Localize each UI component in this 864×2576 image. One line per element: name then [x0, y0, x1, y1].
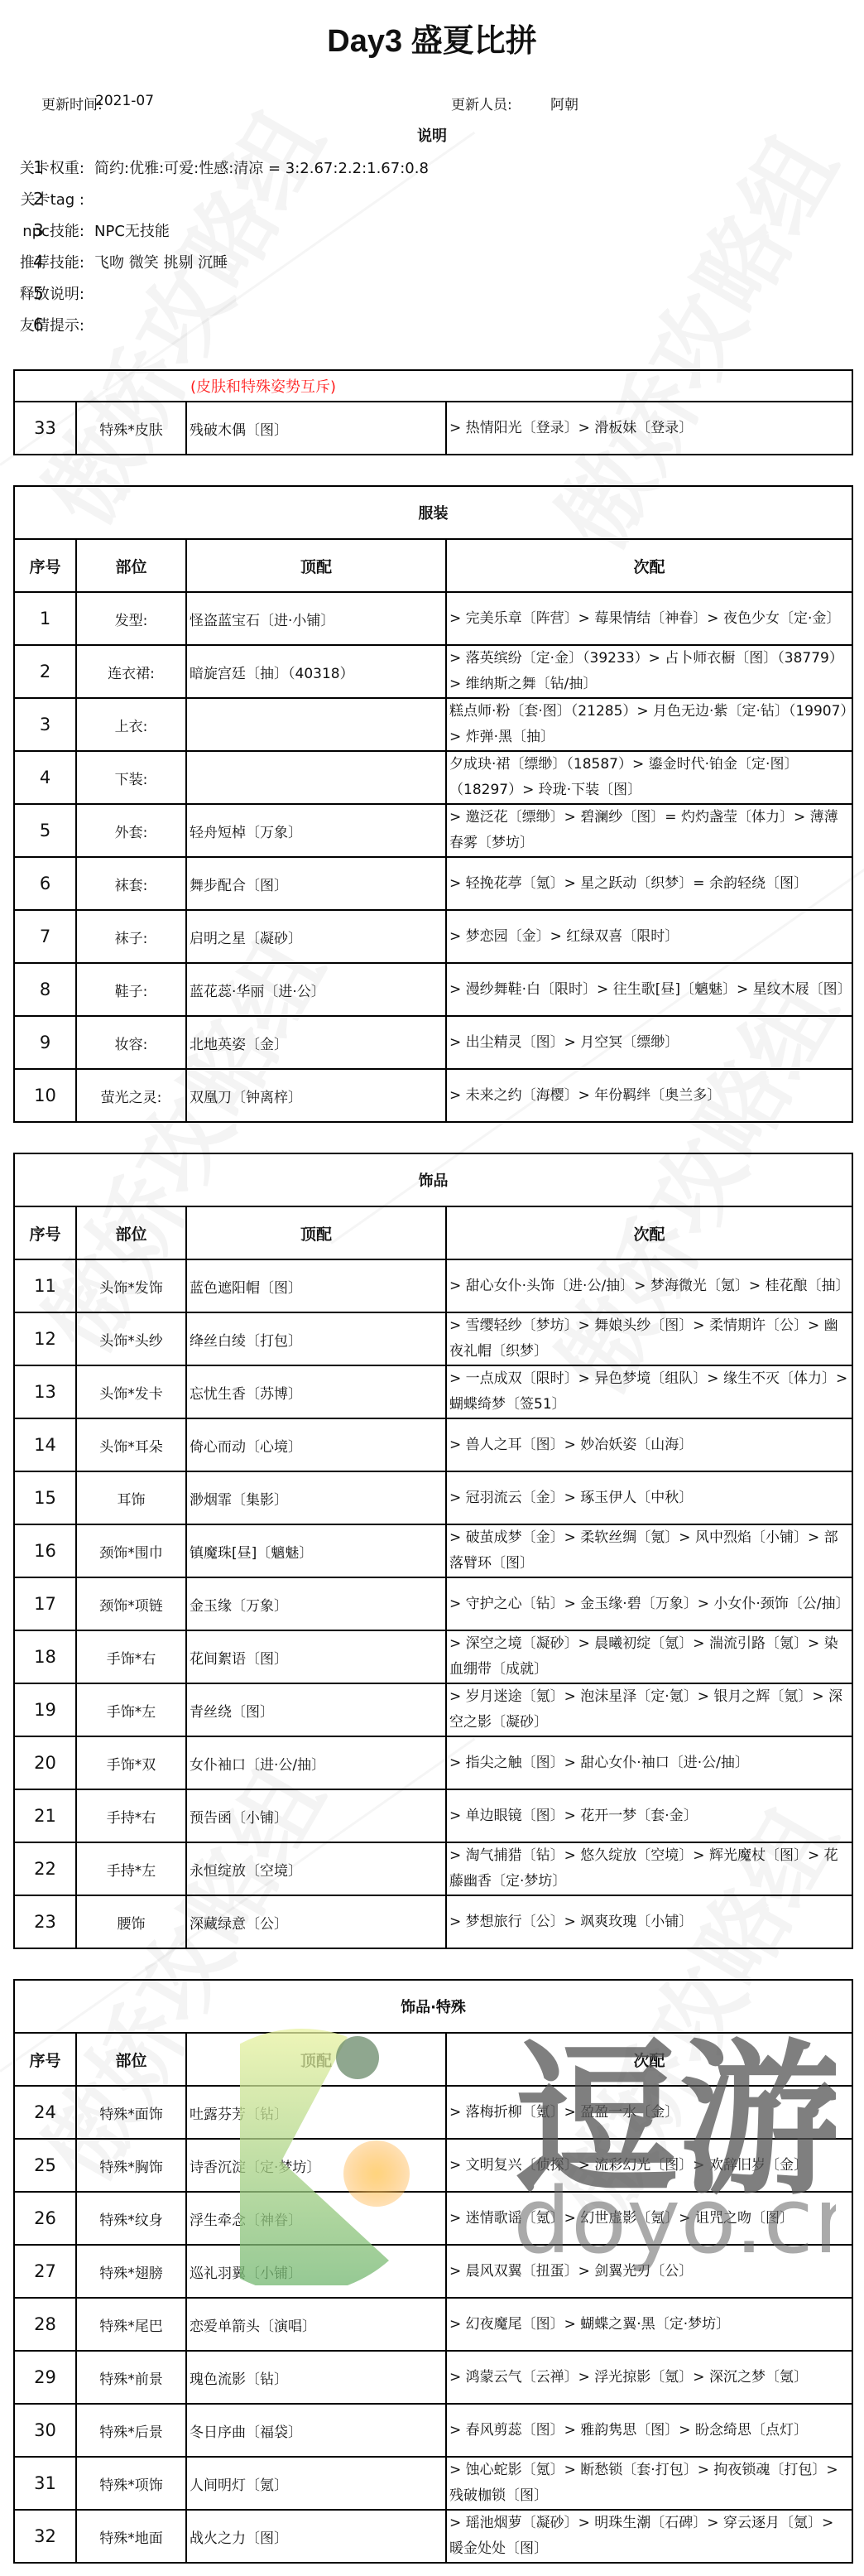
row-top-pick: 瑰色流影〔钻〕 — [186, 2351, 446, 2404]
row-alternatives: > 完美乐章〔阵营〕> 莓果情结〔神眷〕> 夜色少女〔定·金〕 — [446, 592, 852, 645]
notes-caption: 说明 — [0, 124, 864, 146]
row-top-pick: 诗香沉淀〔定·梦坊〕 — [186, 2139, 446, 2192]
row-number: 14 — [14, 1418, 76, 1471]
row-top-pick: 青丝绕〔图〕 — [186, 1683, 446, 1736]
row-alternatives: 糕点师·粉〔套·图〕（21285）> 月色无边·紫〔定·钻〕（19907）> 炸… — [446, 698, 852, 751]
row-number: 27 — [14, 2245, 76, 2298]
row-part: 手饰*双 — [76, 1736, 186, 1789]
row-top-pick: 镇魔珠[昼]〔魑魅〕 — [186, 1524, 446, 1577]
row-number: 6 — [14, 857, 76, 910]
note-item: 5释放说明: — [0, 277, 864, 309]
row-part: 手持*右 — [76, 1789, 186, 1842]
table-row: 11头饰*发饰蓝色遮阳帽〔图〕> 甜心女仆·头饰〔进·公/抽〕> 梦海微光〔氪〕… — [14, 1259, 852, 1312]
table-row: 14头饰*耳朵倚心而动〔心境〕> 兽人之耳〔图〕> 妙冶妖姿〔山海〕 — [14, 1418, 852, 1471]
note-label: npc技能: — [0, 219, 84, 241]
row-top-pick: 浮生牵念〔神眷〕 — [186, 2192, 446, 2245]
table-row: 27特殊*翅膀巡礼羽翼〔小铺〕> 晨风双翼〔扭蛋〕> 剑翼光刃〔公〕 — [14, 2245, 852, 2298]
row-top-pick: 残破木偶〔图〕 — [186, 402, 446, 455]
row-number: 15 — [14, 1471, 76, 1524]
special-table: 饰品·特殊 序号 部位 顶配 次配 24特殊*面饰吐露芬芳〔钻〕> 落梅折柳〔氪… — [13, 1979, 853, 2564]
table-row: 7袜子:启明之星〔凝砂〕> 梦恋园〔金〕> 红绿双喜〔限时〕 — [14, 910, 852, 963]
row-top-pick: 怪盗蓝宝石〔进·小铺〕 — [186, 592, 446, 645]
row-top-pick: 人间明灯〔氪〕 — [186, 2457, 446, 2510]
table-row: 2连衣裙:暗旋宫廷〔抽〕（40318）> 落英缤纷〔定·金〕（39233）> 占… — [14, 645, 852, 698]
table-row: 20手饰*双女仆袖口〔进·公/抽〕> 指尖之触〔图〕> 甜心女仆·袖口〔进·公/… — [14, 1736, 852, 1789]
row-number: 33 — [14, 402, 76, 455]
row-number: 23 — [14, 1895, 76, 1948]
row-part: 萤光之灵: — [76, 1069, 186, 1122]
row-alternatives: > 漫纱舞鞋·白〔限时〕> 往生歌[昼]〔魑魅〕> 星纹木屐〔图〕 — [446, 963, 852, 1016]
table-row: 32特殊*地面战火之力〔图〕> 瑶池烟萝〔凝砂〕> 明珠生潮〔石碑〕> 穿云逐月… — [14, 2510, 852, 2563]
update-time-label: 更新时间: — [41, 93, 103, 113]
row-part: 特殊*纹身 — [76, 2192, 186, 2245]
update-time-value: 2021-07 — [95, 93, 154, 109]
row-alternatives: > 出尘精灵〔图〕> 月空冥〔缥缈〕 — [446, 1016, 852, 1069]
table-row: 29特殊*前景瑰色流影〔钻〕> 鸿蒙云气〔云禅〕> 浮光掠影〔氪〕> 深沉之梦〔… — [14, 2351, 852, 2404]
table-row: 13头饰*发卡忘忧生香〔苏博〕> 一点成双〔限时〕> 异色梦境〔组队〕> 缘生不… — [14, 1365, 852, 1418]
row-alternatives: > 热情阳光〔登录〕> 滑板妹〔登录〕 — [446, 402, 852, 455]
row-part: 特殊*项饰 — [76, 2457, 186, 2510]
skin-table: (皮肤和特殊姿势互斥) 33特殊*皮肤残破木偶〔图〕> 热情阳光〔登录〕> 滑板… — [13, 369, 853, 455]
row-part: 袜套: — [76, 857, 186, 910]
row-number: 9 — [14, 1016, 76, 1069]
table-title: 服装 — [14, 486, 852, 539]
row-alternatives: > 春风剪蕊〔图〕> 雅韵隽思〔图〕> 盼念绮思〔点灯〕 — [446, 2404, 852, 2457]
row-top-pick: 冬日序曲〔福袋〕 — [186, 2404, 446, 2457]
row-part: 特殊*前景 — [76, 2351, 186, 2404]
row-part: 特殊*胸饰 — [76, 2139, 186, 2192]
row-alternatives: > 淘气捕猎〔钻〕> 悠久绽放〔空境〕> 辉光魔杖〔图〕> 花藤幽香〔定·梦坊〕 — [446, 1842, 852, 1895]
row-alternatives: > 蚀心蛇影〔氪〕> 断愁锁〔套·打包〕> 拘夜锁魂〔打包〕> 残破枷锁〔图〕 — [446, 2457, 852, 2510]
row-alternatives: > 破茧成梦〔金〕> 柔软丝绸〔氪〕> 风中烈焰〔小铺〕> 部落臂环〔图〕 — [446, 1524, 852, 1577]
row-alternatives: > 瑶池烟萝〔凝砂〕> 明珠生潮〔石碑〕> 穿云逐月〔氪〕> 暖金处处〔图〕 — [446, 2510, 852, 2563]
row-part: 鞋子: — [76, 963, 186, 1016]
note-label: 推荐技能: — [0, 251, 84, 272]
row-part: 妆容: — [76, 1016, 186, 1069]
row-alternatives: > 深空之境〔凝砂〕> 晨曦初绽〔氪〕> 湍流引路〔氪〕> 染血绷带〔成就〕 — [446, 1630, 852, 1683]
row-top-pick: 巡礼羽翼〔小铺〕 — [186, 2245, 446, 2298]
row-top-pick: 蓝花蕊·华丽〔进·公〕 — [186, 963, 446, 1016]
row-number: 28 — [14, 2298, 76, 2351]
header-num: 序号 — [14, 2033, 76, 2086]
note-value: NPC无技能 — [94, 219, 170, 241]
row-alternatives: > 甜心女仆·头饰〔进·公/抽〕> 梦海微光〔氪〕> 桂花酿〔抽〕 — [446, 1259, 852, 1312]
header-top: 顶配 — [186, 2033, 446, 2086]
table-row: 23腰饰深藏绿意〔公〕> 梦想旅行〔公〕> 飒爽玫瑰〔小铺〕 — [14, 1895, 852, 1948]
row-top-pick — [186, 751, 446, 804]
row-part: 手饰*右 — [76, 1630, 186, 1683]
header-num: 序号 — [14, 539, 76, 592]
table-row: 3上衣:糕点师·粉〔套·图〕（21285）> 月色无边·紫〔定·钻〕（19907… — [14, 698, 852, 751]
row-top-pick: 蓝色遮阳帽〔图〕 — [186, 1259, 446, 1312]
note-value: 简约:优雅:可爱:性感:清凉 = 3:2.67:2.2:1.67:0.8 — [94, 156, 429, 178]
note-label: 关卡权重: — [0, 156, 84, 178]
row-part: 头饰*头纱 — [76, 1312, 186, 1365]
row-alternatives: > 轻挽花葶〔氪〕> 星之跃动〔织梦〕= 余韵轻绕〔图〕 — [446, 857, 852, 910]
table-row: 26特殊*纹身浮生牵念〔神眷〕> 迷情歌谣〔氪〕> 幻世虚影〔氪〕> 诅咒之吻〔… — [14, 2192, 852, 2245]
row-alternatives: > 兽人之耳〔图〕> 妙冶妖姿〔山海〕 — [446, 1418, 852, 1471]
table-row: 4下装:夕成玦·裙〔缥缈〕（18587）> 鎏金时代·铂金〔定·图〕（18297… — [14, 751, 852, 804]
row-top-pick: 金玉缘〔万象〕 — [186, 1577, 446, 1630]
row-part: 颈饰*围巾 — [76, 1524, 186, 1577]
note-label: 释放说明: — [0, 282, 84, 304]
row-number: 12 — [14, 1312, 76, 1365]
header-top: 顶配 — [186, 1206, 446, 1259]
row-number: 29 — [14, 2351, 76, 2404]
row-alternatives: > 岁月迷途〔氪〕> 泡沫星泽〔定·氪〕> 银月之辉〔氪〕> 深空之影〔凝砂〕 — [446, 1683, 852, 1736]
row-alternatives: > 指尖之触〔图〕> 甜心女仆·袖口〔进·公/抽〕 — [446, 1736, 852, 1789]
row-number: 5 — [14, 804, 76, 857]
header-part: 部位 — [76, 539, 186, 592]
table-row: 28特殊*尾巴恋爱单箭头〔演唱〕> 幻夜魔尾〔图〕> 蝴蝶之翼·黑〔定·梦坊〕 — [14, 2298, 852, 2351]
table-row: 22手持*左永恒绽放〔空境〕> 淘气捕猎〔钻〕> 悠久绽放〔空境〕> 辉光魔杖〔… — [14, 1842, 852, 1895]
row-top-pick: 倚心而动〔心境〕 — [186, 1418, 446, 1471]
header-part: 部位 — [76, 1206, 186, 1259]
row-part: 耳饰 — [76, 1471, 186, 1524]
header-top: 顶配 — [186, 539, 446, 592]
row-number: 21 — [14, 1789, 76, 1842]
row-alternatives: > 文明复兴〔侦探〕> 流彩幻光〔图〕> 欢辞旧岁〔金〕 — [446, 2139, 852, 2192]
table-row: 30特殊*后景冬日序曲〔福袋〕> 春风剪蕊〔图〕> 雅韵隽思〔图〕> 盼念绮思〔… — [14, 2404, 852, 2457]
row-top-pick: 舞步配合〔图〕 — [186, 857, 446, 910]
row-part: 手持*左 — [76, 1842, 186, 1895]
row-alternatives: > 一点成双〔限时〕> 异色梦境〔组队〕> 缘生不灭〔体力〕> 蝴蝶绮梦〔签51… — [446, 1365, 852, 1418]
clothing-table: 服装 序号 部位 顶配 次配 1发型:怪盗蓝宝石〔进·小铺〕> 完美乐章〔阵营〕… — [13, 485, 853, 1123]
row-number: 2 — [14, 645, 76, 698]
row-number: 10 — [14, 1069, 76, 1122]
row-part: 头饰*耳朵 — [76, 1418, 186, 1471]
table-row: 24特殊*面饰吐露芬芳〔钻〕> 落梅折柳〔氪〕> 盈盈一水〔金〕 — [14, 2086, 852, 2139]
row-alternatives: > 晨风双翼〔扭蛋〕> 剑翼光刃〔公〕 — [446, 2245, 852, 2298]
row-part: 头饰*发饰 — [76, 1259, 186, 1312]
header-num: 序号 — [14, 1206, 76, 1259]
table-row: 15耳饰渺烟霏〔集影〕> 冠羽流云〔金〕> 琢玉伊人〔中秋〕 — [14, 1471, 852, 1524]
row-number: 32 — [14, 2510, 76, 2563]
table-row: 8鞋子:蓝花蕊·华丽〔进·公〕> 漫纱舞鞋·白〔限时〕> 往生歌[昼]〔魑魅〕>… — [14, 963, 852, 1016]
row-top-pick: 轻舟短棹〔万象〕 — [186, 804, 446, 857]
row-top-pick: 花间絮语〔图〕 — [186, 1630, 446, 1683]
row-number: 24 — [14, 2086, 76, 2139]
row-alternatives: > 鸿蒙云气〔云禅〕> 浮光掠影〔氪〕> 深沉之梦〔氪〕 — [446, 2351, 852, 2404]
row-top-pick: 深藏绿意〔公〕 — [186, 1895, 446, 1948]
row-part: 下装: — [76, 751, 186, 804]
row-number: 16 — [14, 1524, 76, 1577]
row-number: 25 — [14, 2139, 76, 2192]
page-title: Day3 盛夏比拼 — [0, 15, 864, 60]
row-number: 20 — [14, 1736, 76, 1789]
updater-label: 更新人员: — [451, 93, 512, 113]
note-value: 飞吻 微笑 挑剔 沉睡 — [94, 251, 228, 272]
table-row: 6袜套:舞步配合〔图〕> 轻挽花葶〔氪〕> 星之跃动〔织梦〕= 余韵轻绕〔图〕 — [14, 857, 852, 910]
row-part: 特殊*面饰 — [76, 2086, 186, 2139]
row-alternatives: > 幻夜魔尾〔图〕> 蝴蝶之翼·黑〔定·梦坊〕 — [446, 2298, 852, 2351]
row-number: 11 — [14, 1259, 76, 1312]
note-item: 4推荐技能:飞吻 微笑 挑剔 沉睡 — [0, 246, 864, 277]
row-top-pick: 恋爱单箭头〔演唱〕 — [186, 2298, 446, 2351]
row-alternatives: 夕成玦·裙〔缥缈〕（18587）> 鎏金时代·铂金〔定·图〕（18297）> 玲… — [446, 751, 852, 804]
row-number: 19 — [14, 1683, 76, 1736]
row-alternatives: > 邀泛花〔缥缈〕> 碧澜纱〔图〕= 灼灼盏莹〔体力〕> 薄薄春雾〔梦坊〕 — [446, 804, 852, 857]
row-top-pick: 忘忧生香〔苏博〕 — [186, 1365, 446, 1418]
row-number: 8 — [14, 963, 76, 1016]
row-part: 上衣: — [76, 698, 186, 751]
table-row: 17颈饰*项链金玉缘〔万象〕> 守护之心〔钻〕> 金玉缘·碧〔万象〕> 小女仆·… — [14, 1577, 852, 1630]
row-alternatives: > 守护之心〔钻〕> 金玉缘·碧〔万象〕> 小女仆·颈饰〔公/抽〕 — [446, 1577, 852, 1630]
row-part: 外套: — [76, 804, 186, 857]
header-sub: 次配 — [446, 2033, 852, 2086]
note-item: 1关卡权重:简约:优雅:可爱:性感:清凉 = 3:2.67:2.2:1.67:0… — [0, 152, 864, 183]
row-part: 头饰*发卡 — [76, 1365, 186, 1418]
row-part: 手饰*左 — [76, 1683, 186, 1736]
table-row: 31特殊*项饰人间明灯〔氪〕> 蚀心蛇影〔氪〕> 断愁锁〔套·打包〕> 拘夜锁魂… — [14, 2457, 852, 2510]
note-label: 友情提示: — [0, 314, 84, 335]
row-top-pick: 渺烟霏〔集影〕 — [186, 1471, 446, 1524]
row-top-pick: 永恒绽放〔空境〕 — [186, 1842, 446, 1895]
row-top-pick: 女仆袖口〔进·公/抽〕 — [186, 1736, 446, 1789]
meta-info: 更新时间: 2021-07 更新人员: 阿朝 — [0, 93, 864, 113]
table-title: 饰品 — [14, 1153, 852, 1206]
skin-note: (皮肤和特殊姿势互斥) — [14, 370, 852, 402]
table-row: 10萤光之灵:双凰刀〔钟离梓〕> 未来之约〔海樱〕> 年份羁绊〔奥兰多〕 — [14, 1069, 852, 1122]
row-number: 22 — [14, 1842, 76, 1895]
row-alternatives: > 未来之约〔海樱〕> 年份羁绊〔奥兰多〕 — [446, 1069, 852, 1122]
table-row: 19手饰*左青丝绕〔图〕> 岁月迷途〔氪〕> 泡沫星泽〔定·氪〕> 银月之辉〔氪… — [14, 1683, 852, 1736]
row-part: 颈饰*项链 — [76, 1577, 186, 1630]
row-alternatives: > 落梅折柳〔氪〕> 盈盈一水〔金〕 — [446, 2086, 852, 2139]
row-top-pick: 启明之星〔凝砂〕 — [186, 910, 446, 963]
row-alternatives: > 冠羽流云〔金〕> 琢玉伊人〔中秋〕 — [446, 1471, 852, 1524]
table-title: 饰品·特殊 — [14, 1980, 852, 2033]
row-alternatives: > 梦恋园〔金〕> 红绿双喜〔限时〕 — [446, 910, 852, 963]
table-row: 1发型:怪盗蓝宝石〔进·小铺〕> 完美乐章〔阵营〕> 莓果情结〔神眷〕> 夜色少… — [14, 592, 852, 645]
row-top-pick: 预告函〔小铺〕 — [186, 1789, 446, 1842]
header-sub: 次配 — [446, 539, 852, 592]
row-top-pick: 战火之力〔图〕 — [186, 2510, 446, 2563]
row-alternatives: > 单边眼镜〔图〕> 花开一梦〔套·金〕 — [446, 1789, 852, 1842]
row-number: 26 — [14, 2192, 76, 2245]
table-row: 5外套:轻舟短棹〔万象〕> 邀泛花〔缥缈〕> 碧澜纱〔图〕= 灼灼盏莹〔体力〕>… — [14, 804, 852, 857]
row-part: 腰饰 — [76, 1895, 186, 1948]
table-row: 21手持*右预告函〔小铺〕> 单边眼镜〔图〕> 花开一梦〔套·金〕 — [14, 1789, 852, 1842]
row-number: 4 — [14, 751, 76, 804]
row-top-pick: 双凰刀〔钟离梓〕 — [186, 1069, 446, 1122]
row-top-pick: 吐露芬芳〔钻〕 — [186, 2086, 446, 2139]
accessory-table: 饰品 序号 部位 顶配 次配 11头饰*发饰蓝色遮阳帽〔图〕> 甜心女仆·头饰〔… — [13, 1153, 853, 1949]
row-part: 发型: — [76, 592, 186, 645]
row-top-pick: 暗旋宫廷〔抽〕（40318） — [186, 645, 446, 698]
table-row: 25特殊*胸饰诗香沉淀〔定·梦坊〕> 文明复兴〔侦探〕> 流彩幻光〔图〕> 欢辞… — [14, 2139, 852, 2192]
header-part: 部位 — [76, 2033, 186, 2086]
table-row: 18手饰*右花间絮语〔图〕> 深空之境〔凝砂〕> 晨曦初绽〔氪〕> 湍流引路〔氪… — [14, 1630, 852, 1683]
row-alternatives: > 雪缨轻纱〔梦坊〕> 舞娘头纱〔图〕> 柔情期许〔公〕> 幽夜礼帽〔织梦〕 — [446, 1312, 852, 1365]
table-row: 12头饰*头纱绛丝白绫〔打包〕> 雪缨轻纱〔梦坊〕> 舞娘头纱〔图〕> 柔情期许… — [14, 1312, 852, 1365]
note-item: 6友情提示: — [0, 309, 864, 340]
row-part: 特殊*皮肤 — [76, 402, 186, 455]
note-item: 2关卡tag : — [0, 183, 864, 214]
row-number: 3 — [14, 698, 76, 751]
row-part: 特殊*翅膀 — [76, 2245, 186, 2298]
note-item: 3npc技能:NPC无技能 — [0, 214, 864, 246]
row-part: 特殊*地面 — [76, 2510, 186, 2563]
row-number: 1 — [14, 592, 76, 645]
row-number: 17 — [14, 1577, 76, 1630]
table-row: 9妆容:北地英姿〔金〕> 出尘精灵〔图〕> 月空冥〔缥缈〕 — [14, 1016, 852, 1069]
updater-value: 阿朝 — [550, 93, 578, 113]
row-part: 特殊*后景 — [76, 2404, 186, 2457]
row-number: 18 — [14, 1630, 76, 1683]
header-sub: 次配 — [446, 1206, 852, 1259]
row-part: 特殊*尾巴 — [76, 2298, 186, 2351]
row-alternatives: > 迷情歌谣〔氪〕> 幻世虚影〔氪〕> 诅咒之吻〔图〕 — [446, 2192, 852, 2245]
note-label: 关卡tag : — [0, 188, 84, 209]
row-number: 31 — [14, 2457, 76, 2510]
row-alternatives: > 落英缤纷〔定·金〕（39233）> 占卜师衣橱〔图〕（38779）> 维纳斯… — [446, 645, 852, 698]
row-number: 13 — [14, 1365, 76, 1418]
row-top-pick: 北地英姿〔金〕 — [186, 1016, 446, 1069]
table-row: 33特殊*皮肤残破木偶〔图〕> 热情阳光〔登录〕> 滑板妹〔登录〕 — [14, 402, 852, 455]
row-top-pick — [186, 698, 446, 751]
row-part: 连衣裙: — [76, 645, 186, 698]
row-top-pick: 绛丝白绫〔打包〕 — [186, 1312, 446, 1365]
row-number: 7 — [14, 910, 76, 963]
table-row: 16颈饰*围巾镇魔珠[昼]〔魑魅〕> 破茧成梦〔金〕> 柔软丝绸〔氪〕> 风中烈… — [14, 1524, 852, 1577]
row-alternatives: > 梦想旅行〔公〕> 飒爽玫瑰〔小铺〕 — [446, 1895, 852, 1948]
row-number: 30 — [14, 2404, 76, 2457]
row-part: 袜子: — [76, 910, 186, 963]
